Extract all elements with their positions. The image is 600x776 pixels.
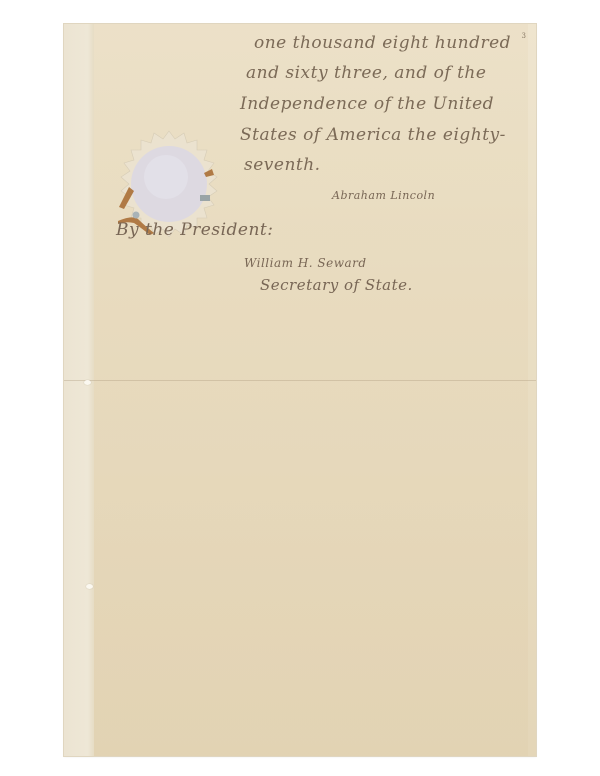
body-line: one thousand eight hundred (254, 33, 511, 53)
document-page: 3 one thousand eight hundred and sixty t… (64, 24, 536, 756)
binding-margin (64, 24, 94, 756)
body-line: and sixty three, and of the (246, 63, 486, 83)
page-number: 3 (522, 32, 526, 40)
body-line: Independence of the United (240, 94, 494, 114)
president-signature: Abraham Lincoln (332, 189, 435, 202)
secretary-signature: William H. Seward (244, 256, 367, 270)
punch-hole (86, 584, 93, 589)
secretary-title: Secretary of State. (260, 276, 413, 294)
body-line: States of America the eighty- (240, 125, 506, 145)
fold-line (64, 380, 536, 381)
body-line: seventh. (244, 155, 321, 175)
attestation-label: By the President: (116, 220, 273, 240)
punch-hole (84, 380, 91, 385)
